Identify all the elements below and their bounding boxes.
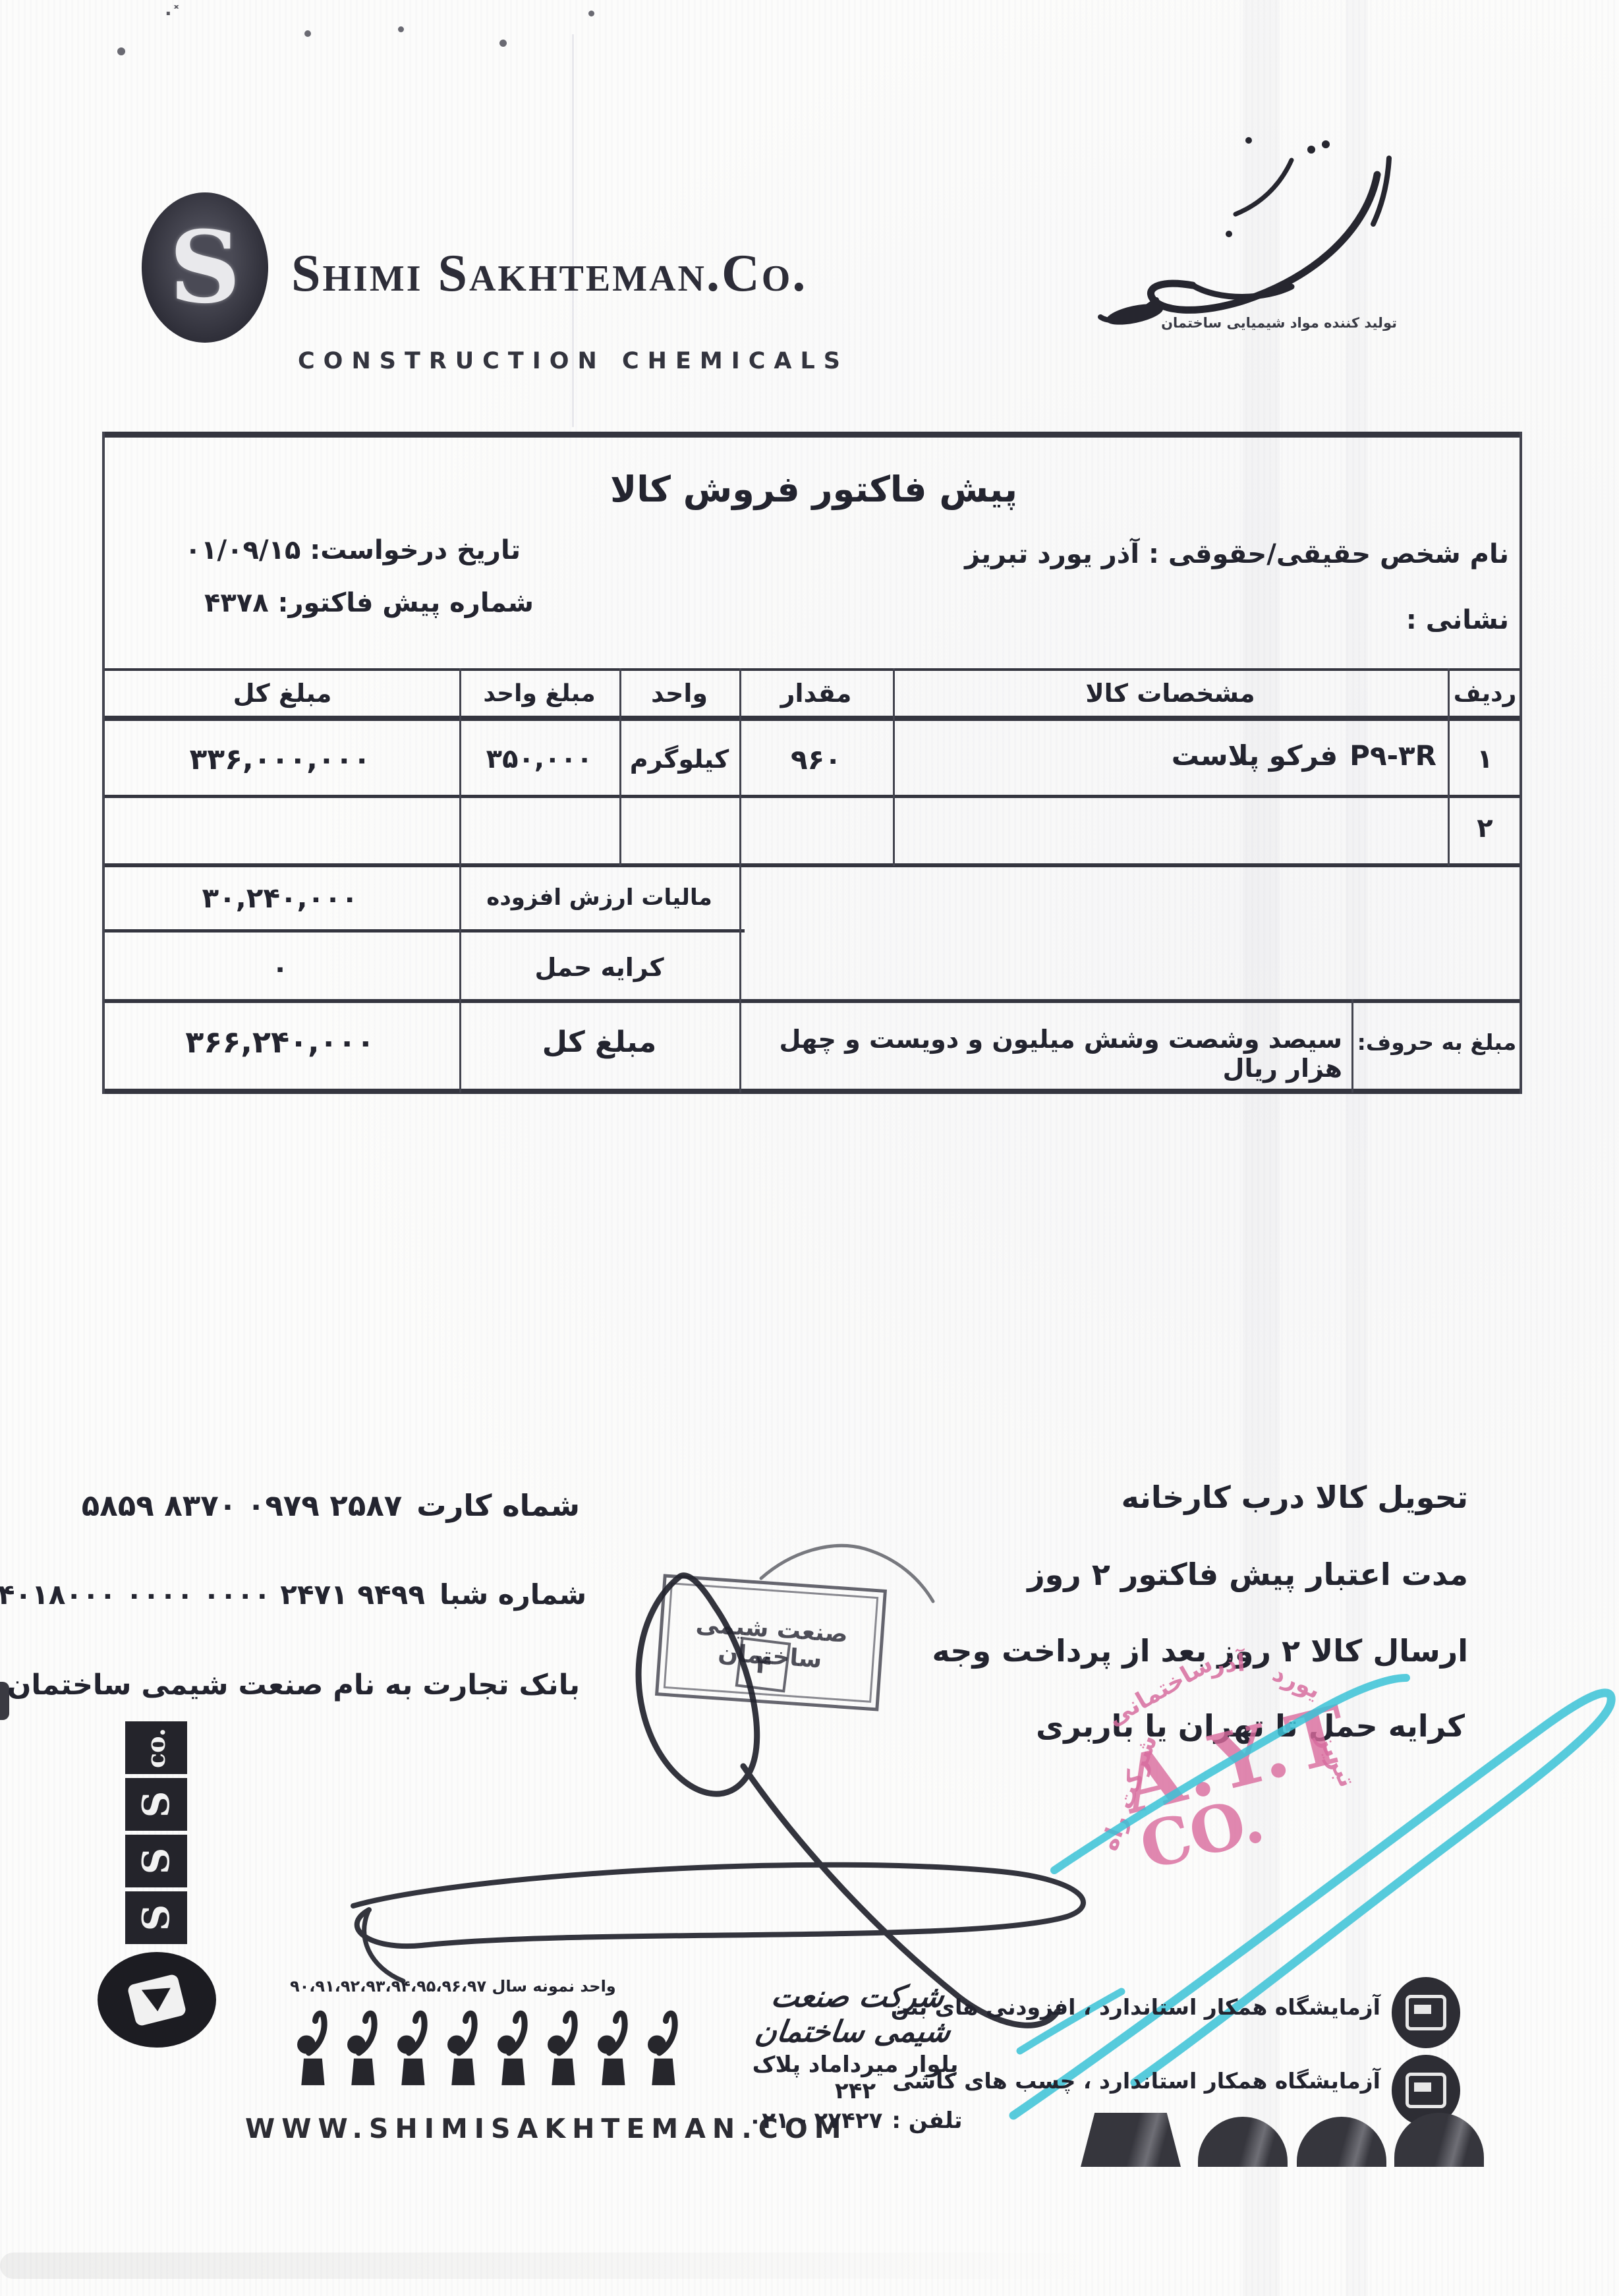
award-trophy-icon bbox=[389, 2007, 436, 2088]
table-border bbox=[739, 668, 741, 1093]
col-header-unit: واحد bbox=[619, 674, 739, 713]
row1-unit: کیلوگرم bbox=[619, 733, 739, 786]
company-name-latin: Shimi Sakhteman.Co. bbox=[291, 244, 807, 304]
sss-logo-text: S bbox=[134, 1905, 178, 1931]
award-trophy-icon bbox=[439, 2007, 486, 2088]
sss-logo-text: S bbox=[134, 1791, 178, 1818]
footer-phone: ۰۲۱ - ۲۷۴۲۷ تلفن : bbox=[743, 2108, 967, 2134]
row1-specs-code: P۹-۳R bbox=[1349, 739, 1436, 772]
row1-specs-persian: فرکو پلاست bbox=[1172, 739, 1338, 772]
scan-smudge-band bbox=[0, 2253, 1120, 2279]
company-tagline-persian: تولید کننده مواد شیمیایی ساختمان bbox=[1166, 315, 1397, 331]
scan-artifact-dot bbox=[499, 40, 507, 47]
scan-artifact-dot bbox=[588, 11, 594, 16]
award-trophy-icon bbox=[339, 2007, 386, 2088]
row1-qty: ۹۶۰ bbox=[739, 733, 893, 786]
table-border bbox=[102, 716, 1522, 721]
scan-artifact-dot bbox=[304, 30, 311, 37]
company-tagline-latin: CONSTRUCTION CHEMICALS bbox=[298, 348, 849, 374]
table-border bbox=[102, 929, 745, 933]
scanned-invoice-page: ·˟ S Shimi Sakhteman.Co. CONSTRUCTION CH… bbox=[0, 0, 1619, 2296]
freight-value: ۰ bbox=[109, 946, 451, 989]
award-trophy-icon bbox=[639, 2007, 687, 2088]
award-trophy-icon bbox=[589, 2007, 637, 2088]
company-logo-mark: S bbox=[142, 192, 268, 343]
phone-icon bbox=[98, 1952, 216, 2048]
cropped-photo-shape bbox=[1081, 2113, 1181, 2167]
scan-artifact-dot bbox=[398, 26, 404, 32]
footer-phone-label: تلفن : bbox=[892, 2108, 962, 2134]
logo-letter: S bbox=[169, 210, 241, 326]
address-label: نشانی : bbox=[1351, 605, 1509, 635]
scan-artifact-mark: ·˟ bbox=[165, 3, 181, 24]
row1-unit-price: ۳۵۰,۰۰۰ bbox=[459, 733, 619, 786]
table-border bbox=[102, 863, 1522, 867]
table-border bbox=[102, 1089, 1522, 1094]
table-border bbox=[102, 432, 1522, 438]
grand-total-label: مبلغ کل bbox=[459, 1018, 739, 1066]
lab-accreditation-line: آزمایشگاه همکار استاندارد ، افزودنی های … bbox=[891, 1994, 1380, 2020]
sss-logo-text: S bbox=[134, 1848, 178, 1874]
award-trophy-icon bbox=[539, 2007, 586, 2088]
term-line: تحویل کالا درب کارخانه bbox=[1122, 1479, 1468, 1515]
row2-number: ۲ bbox=[1448, 805, 1522, 851]
col-header-specs: مشخصات کالا bbox=[893, 674, 1448, 713]
table-border bbox=[102, 668, 1522, 671]
sss-logo-text: co. bbox=[141, 1727, 171, 1767]
request-date-line: تاریخ درخواست: ۰۱/۰۹/۱۵ bbox=[217, 535, 521, 565]
sss-logo-square: S bbox=[125, 1778, 187, 1831]
lab-accreditation-line: آزمایشگاه همکار استاندارد ، چسب های کاشی bbox=[892, 2068, 1380, 2094]
col-header-qty: مقدار bbox=[739, 674, 893, 713]
customer-name-line: نام شخص حقیقی/حقوقی : آذر یورد تبریز bbox=[857, 539, 1509, 569]
col-header-row: ردیف bbox=[1448, 674, 1522, 713]
sss-logo-square: S bbox=[125, 1835, 187, 1887]
row1-specs: فرکو پلاست P۹-۳R bbox=[923, 739, 1436, 782]
scan-artifact-dot bbox=[117, 47, 125, 55]
award-trophy-icon bbox=[489, 2007, 536, 2088]
accreditation-badge-icon bbox=[1392, 1977, 1460, 2048]
freight-label: کرایه حمل bbox=[459, 946, 739, 989]
award-trophy-icons bbox=[289, 2007, 687, 2088]
invoice-number-line: شماره پیش فاکتور: ۴۳۷۸ bbox=[244, 588, 534, 618]
award-years-caption: واحد نمونه سال ۹۰،۹۱،۹۲،۹۳،۹۴،۹۵،۹۶،۹۷ bbox=[290, 1977, 619, 1995]
invoice-title: پیش فاکتور فروش کالا bbox=[105, 463, 1522, 515]
grand-total-value: ۳۶۶,۲۴۰,۰۰۰ bbox=[109, 1018, 451, 1066]
table-border bbox=[102, 999, 1522, 1003]
calligraphy-logo bbox=[1094, 135, 1404, 333]
footer-phone-digits: ۰۲۱ - ۲۷۴۲۷ bbox=[749, 2108, 883, 2134]
amount-words: سیصد وشصت وشش میلیون و دویست و چهل هزار … bbox=[746, 1025, 1342, 1083]
table-border bbox=[102, 795, 1522, 798]
table-border bbox=[102, 432, 105, 1094]
col-header-unit-price: مبلغ واحد bbox=[459, 674, 619, 713]
vat-label: مالیات ارزش افزوده bbox=[459, 876, 739, 919]
col-header-total: مبلغ کل bbox=[105, 674, 459, 713]
amount-words-label: مبلغ به حروف: bbox=[1351, 1018, 1522, 1066]
sss-logo-square: co. bbox=[125, 1721, 187, 1774]
award-trophy-icon bbox=[289, 2007, 336, 2088]
vat-value: ۳۰,۲۴۰,۰۰۰ bbox=[109, 876, 451, 919]
sss-logo-square: S bbox=[125, 1891, 187, 1944]
row1-number: ۱ bbox=[1448, 733, 1522, 786]
marker-signature-cyan bbox=[949, 1628, 1619, 2135]
row1-total: ۳۳۶,۰۰۰,۰۰۰ bbox=[109, 733, 451, 786]
